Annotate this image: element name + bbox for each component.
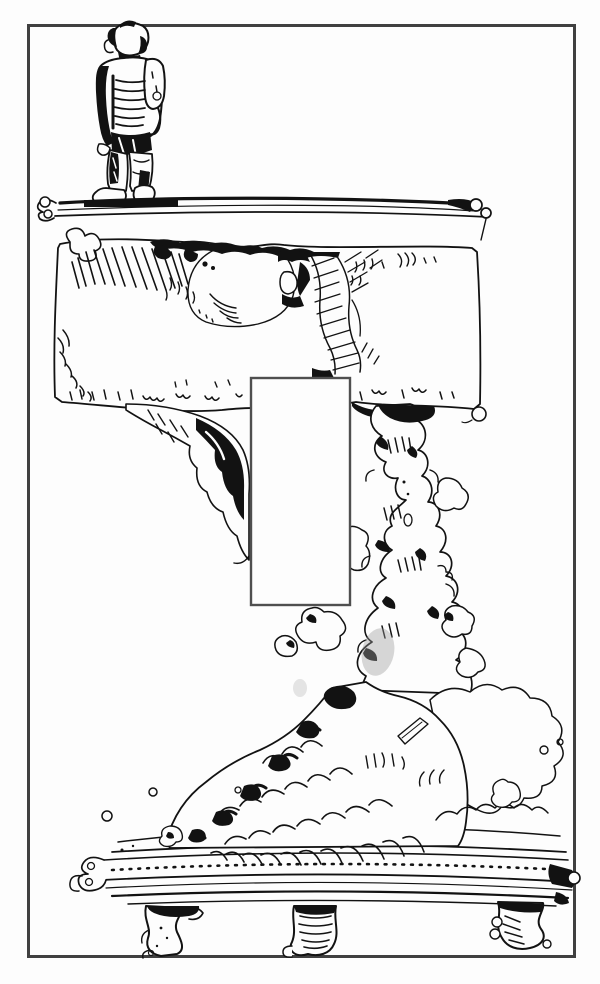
platter-leg-left	[142, 906, 203, 958]
left-smoke-wisp	[126, 404, 249, 563]
footed-platter	[70, 845, 580, 958]
blank-panel	[251, 378, 350, 605]
tabletop-plank	[38, 197, 491, 240]
cloud-mound	[102, 682, 563, 865]
platter-leg-right	[490, 902, 551, 949]
artwork-page	[0, 0, 600, 984]
platter-leg-center	[283, 906, 337, 957]
standing-figure	[93, 21, 165, 204]
ink-drawing	[0, 0, 600, 984]
